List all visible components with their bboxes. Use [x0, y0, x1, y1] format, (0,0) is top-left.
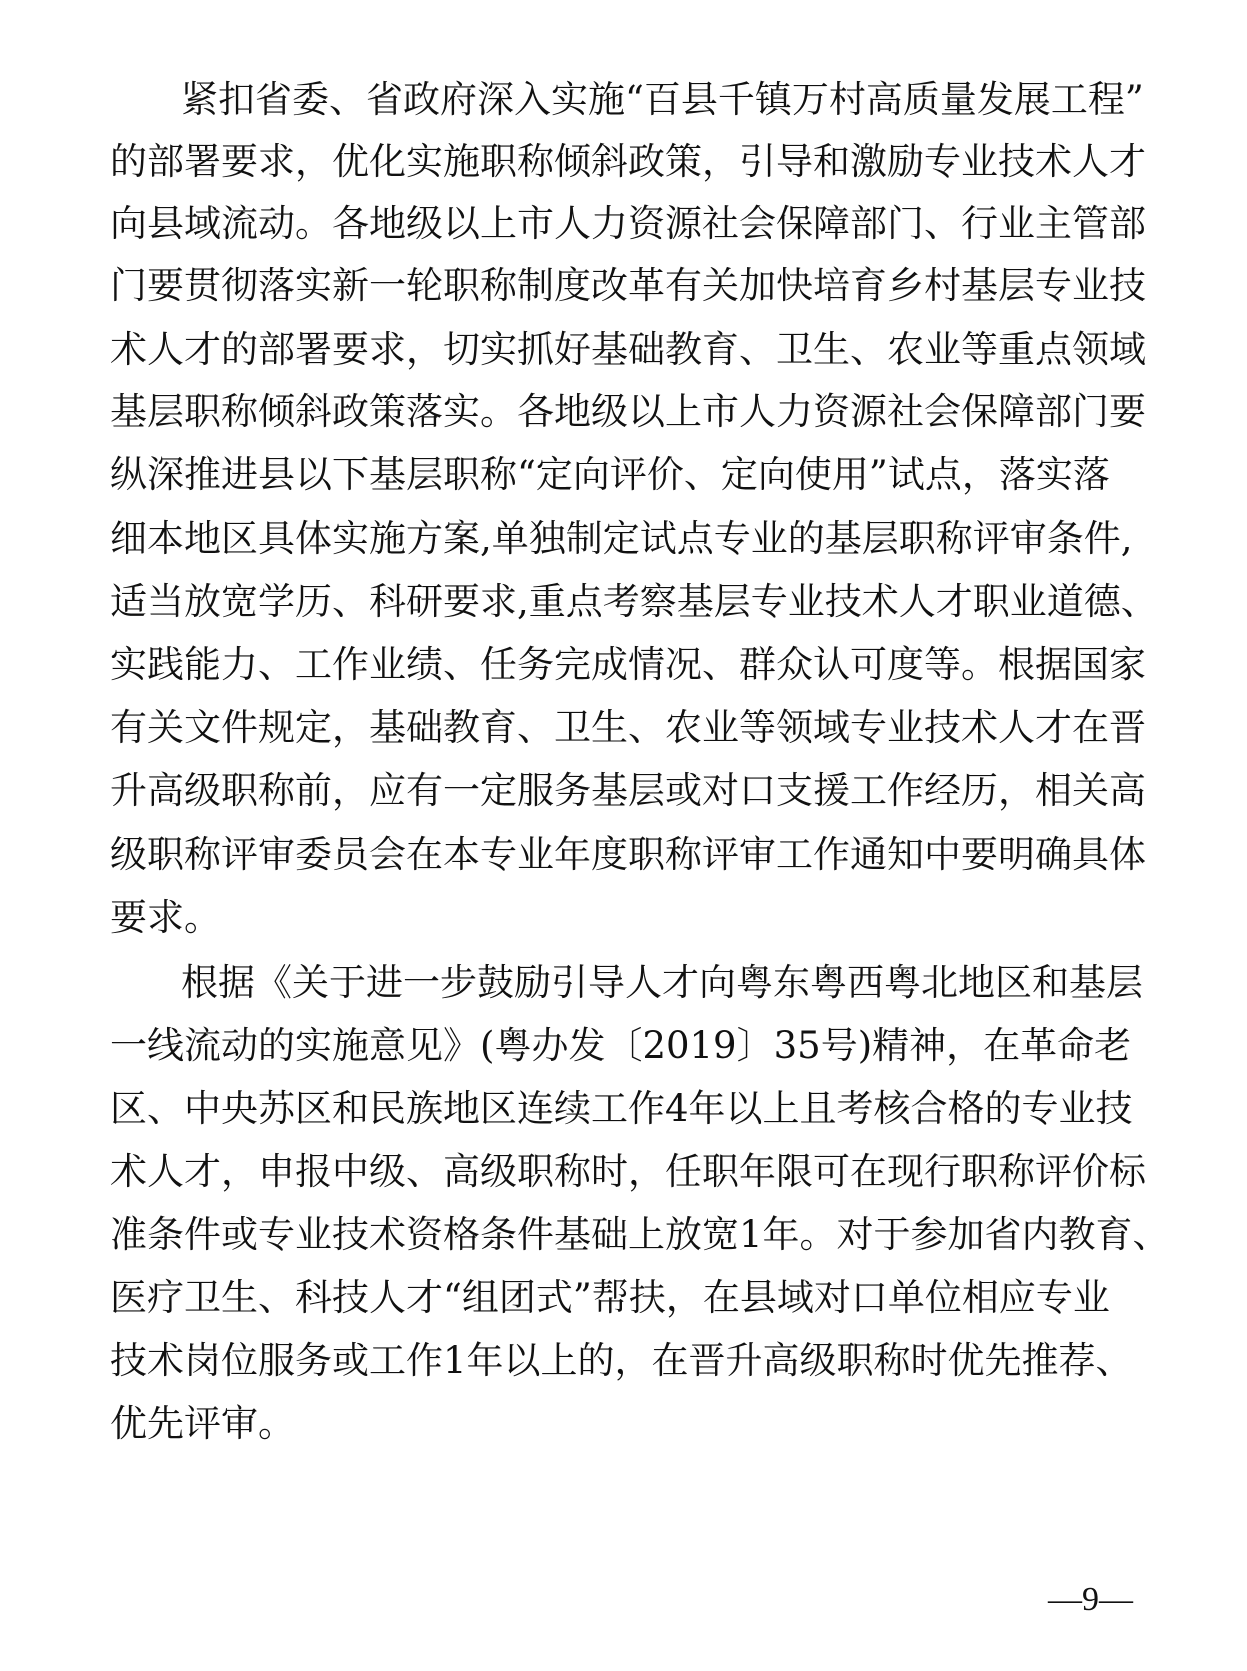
paragraph-2-line-1: 根据《关于进一步鼓励引导人才向粤东粤西粤北地区和基层	[181, 958, 1096, 1008]
paragraph-1-line-9: 适当放宽学历、科研要求,重点考察基层专业技术人才职业道德、	[110, 577, 1096, 627]
paragraph-1-line-4: 门要贯彻落实新一轮职称制度改革有关加快培育乡村基层专业技	[110, 261, 1096, 311]
page-number: —9—	[1048, 1578, 1133, 1622]
paragraph-2-line-2: 一线流动的实施意见》(粤办发〔2019〕35号)精神，在革命老	[110, 1021, 1096, 1071]
paragraph-1-line-14: 要求。	[110, 893, 1096, 943]
document-page: 紧扣省委、省政府深入实施“百县千镇万村高质量发展工程” 的部署要求，优化实施职称…	[0, 0, 1247, 1671]
paragraph-2-line-8: 优先评审。	[110, 1399, 1096, 1449]
paragraph-1-line-11: 有关文件规定，基础教育、卫生、农业等领域专业技术人才在晋	[110, 703, 1096, 753]
paragraph-1-line-10: 实践能力、工作业绩、任务完成情况、群众认可度等。根据国家	[110, 640, 1096, 690]
paragraph-1-line-8: 细本地区具体实施方案,单独制定试点专业的基层职称评审条件,	[110, 514, 1096, 564]
paragraph-2-line-6: 医疗卫生、科技人才“组团式”帮扶，在县域对口单位相应专业	[110, 1273, 1096, 1323]
paragraph-1-line-7: 纵深推进县以下基层职称“定向评价、定向使用”试点，落实落	[110, 450, 1096, 500]
paragraph-2-line-5: 准条件或专业技术资格条件基础上放宽1年。对于参加省内教育、	[110, 1210, 1096, 1260]
paragraph-2-line-3: 区、中央苏区和民族地区连续工作4年以上且考核合格的专业技	[110, 1084, 1096, 1134]
paragraph-1-line-13: 级职称评审委员会在本专业年度职称评审工作通知中要明确具体	[110, 830, 1096, 880]
paragraph-1-line-3: 向县域流动。各地级以上市人力资源社会保障部门、行业主管部	[110, 199, 1096, 249]
paragraph-1-line-6: 基层职称倾斜政策落实。各地级以上市人力资源社会保障部门要	[110, 387, 1096, 437]
paragraph-2-line-7: 技术岗位服务或工作1年以上的，在晋升高级职称时优先推荐、	[110, 1336, 1096, 1386]
paragraph-1-line-5: 术人才的部署要求，切实抓好基础教育、卫生、农业等重点领域	[110, 325, 1096, 375]
paragraph-2-line-4: 术人才，申报中级、高级职称时，任职年限可在现行职称评价标	[110, 1147, 1096, 1197]
paragraph-1-line-2: 的部署要求，优化实施职称倾斜政策，引导和激励专业技术人才	[110, 137, 1096, 187]
paragraph-1-line-1: 紧扣省委、省政府深入实施“百县千镇万村高质量发展工程”	[181, 75, 1096, 125]
paragraph-1-line-12: 升高级职称前，应有一定服务基层或对口支援工作经历，相关高	[110, 766, 1096, 816]
